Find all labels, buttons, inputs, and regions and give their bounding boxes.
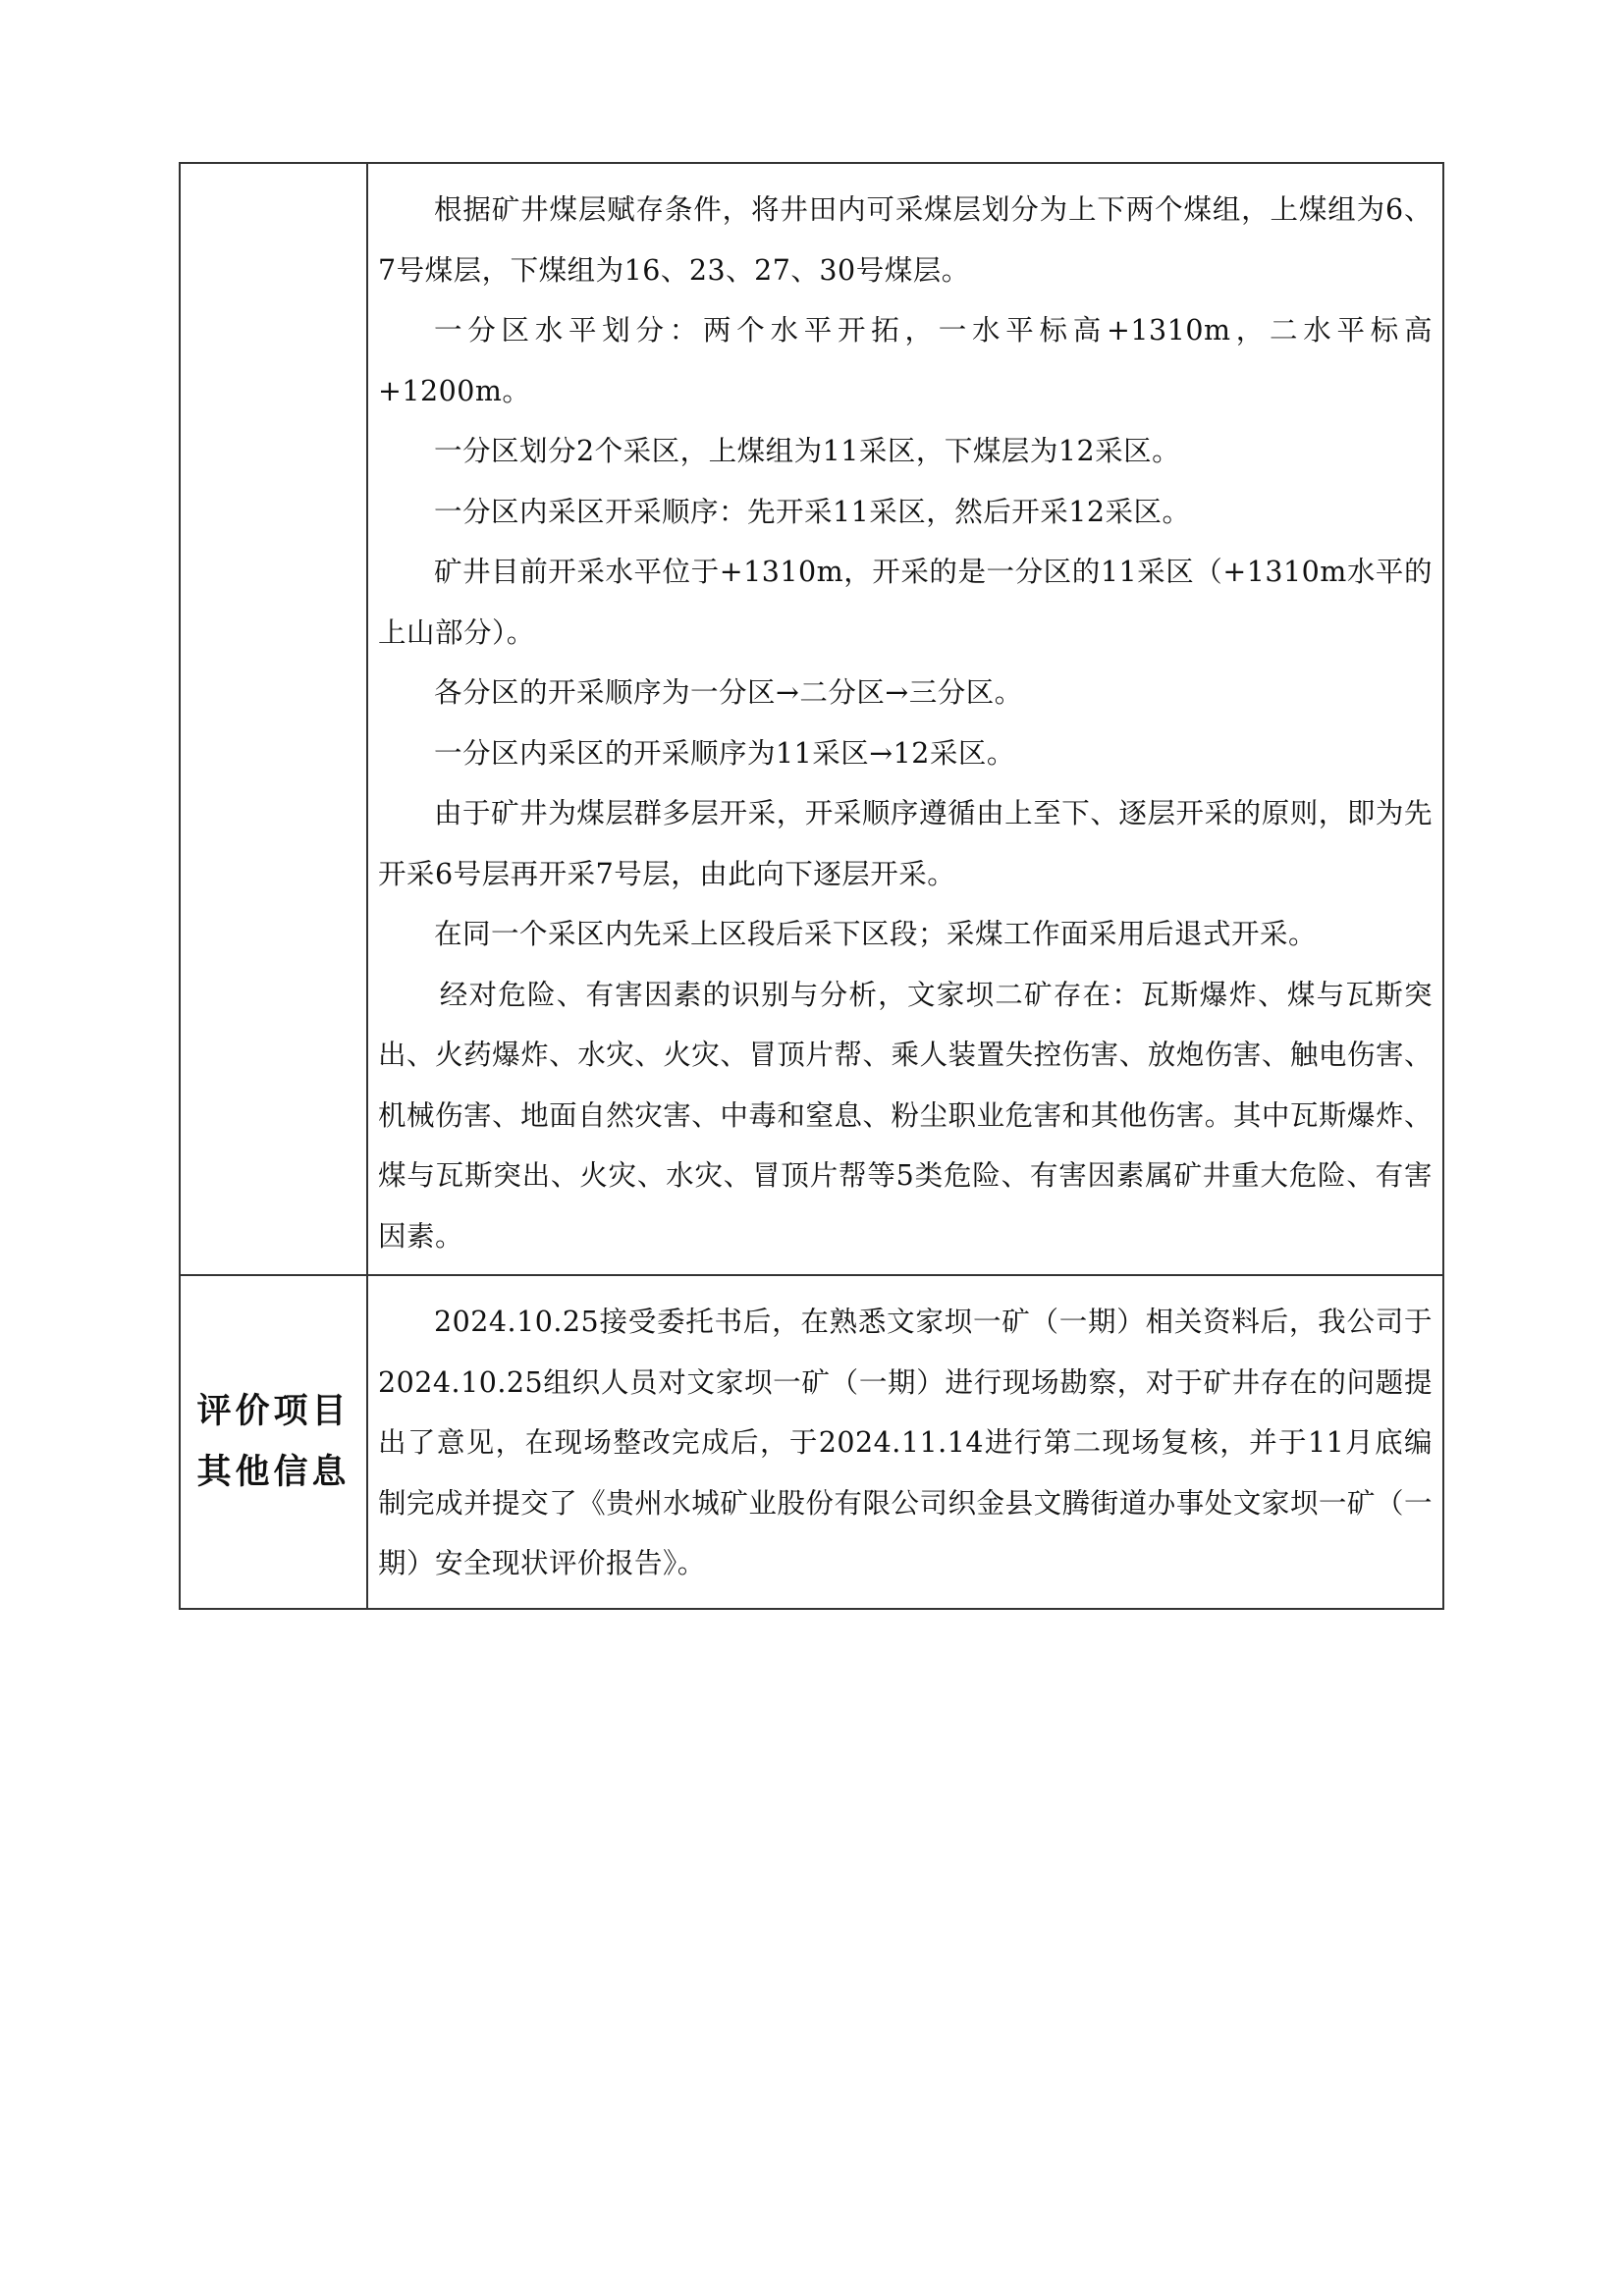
paragraph-area-sequence: 一分区内采区开采顺序：先开采11采区，然后开采12采区。	[378, 482, 1433, 543]
row-label-line: 评价项目	[181, 1381, 366, 1442]
paragraph-level-division: 一分区水平划分：两个水平开拓，一水平标高+1310m，二水平标高+1200m。	[378, 300, 1433, 421]
row-label-line: 其他信息	[181, 1442, 366, 1503]
paragraph-area-order: 一分区内采区的开采顺序为11采区→12采区。	[378, 723, 1433, 784]
evaluation-info-table: 根据矿井煤层赋存条件，将井田内可采煤层划分为上下两个煤组，上煤组为6、7号煤层，…	[179, 162, 1444, 1610]
row-content-cell: 2024.10.25接受委托书后，在熟悉文家坝一矿（一期）相关资料后，我公司于2…	[367, 1275, 1443, 1609]
paragraph-hazard-analysis: 经对危险、有害因素的识别与分析，文家坝二矿存在：瓦斯爆炸、煤与瓦斯突出、火药爆炸…	[378, 965, 1433, 1267]
row-label-cell: 评价项目 其他信息	[180, 1275, 367, 1609]
paragraph-district-sequence: 各分区的开采顺序为一分区→二分区→三分区。	[378, 663, 1433, 723]
table-row-mining-plan: 根据矿井煤层赋存条件，将井田内可采煤层划分为上下两个煤组，上煤组为6、7号煤层，…	[180, 163, 1443, 1275]
paragraph-section-order: 在同一个采区内先采上区段后采下区段；采煤工作面采用后退式开采。	[378, 904, 1433, 965]
table-row-other-info: 评价项目 其他信息 2024.10.25接受委托书后，在熟悉文家坝一矿（一期）相…	[180, 1275, 1443, 1609]
document-page: 根据矿井煤层赋存条件，将井田内可采煤层划分为上下两个煤组，上煤组为6、7号煤层，…	[0, 0, 1624, 2296]
paragraph-evaluation-timeline: 2024.10.25接受委托书后，在熟悉文家坝一矿（一期）相关资料后，我公司于2…	[378, 1292, 1433, 1594]
paragraph-coal-groups: 根据矿井煤层赋存条件，将井田内可采煤层划分为上下两个煤组，上煤组为6、7号煤层，…	[378, 180, 1433, 300]
row-content-cell: 根据矿井煤层赋存条件，将井田内可采煤层划分为上下两个煤组，上煤组为6、7号煤层，…	[367, 163, 1443, 1275]
paragraph-mining-areas: 一分区划分2个采区，上煤组为11采区，下煤层为12采区。	[378, 421, 1433, 482]
paragraph-current-level: 矿井目前开采水平位于+1310m，开采的是一分区的11采区（+1310m水平的上…	[378, 542, 1433, 663]
paragraph-seam-order: 由于矿井为煤层群多层开采，开采顺序遵循由上至下、逐层开采的原则，即为先开采6号层…	[378, 783, 1433, 904]
row-label-cell	[180, 163, 367, 1275]
